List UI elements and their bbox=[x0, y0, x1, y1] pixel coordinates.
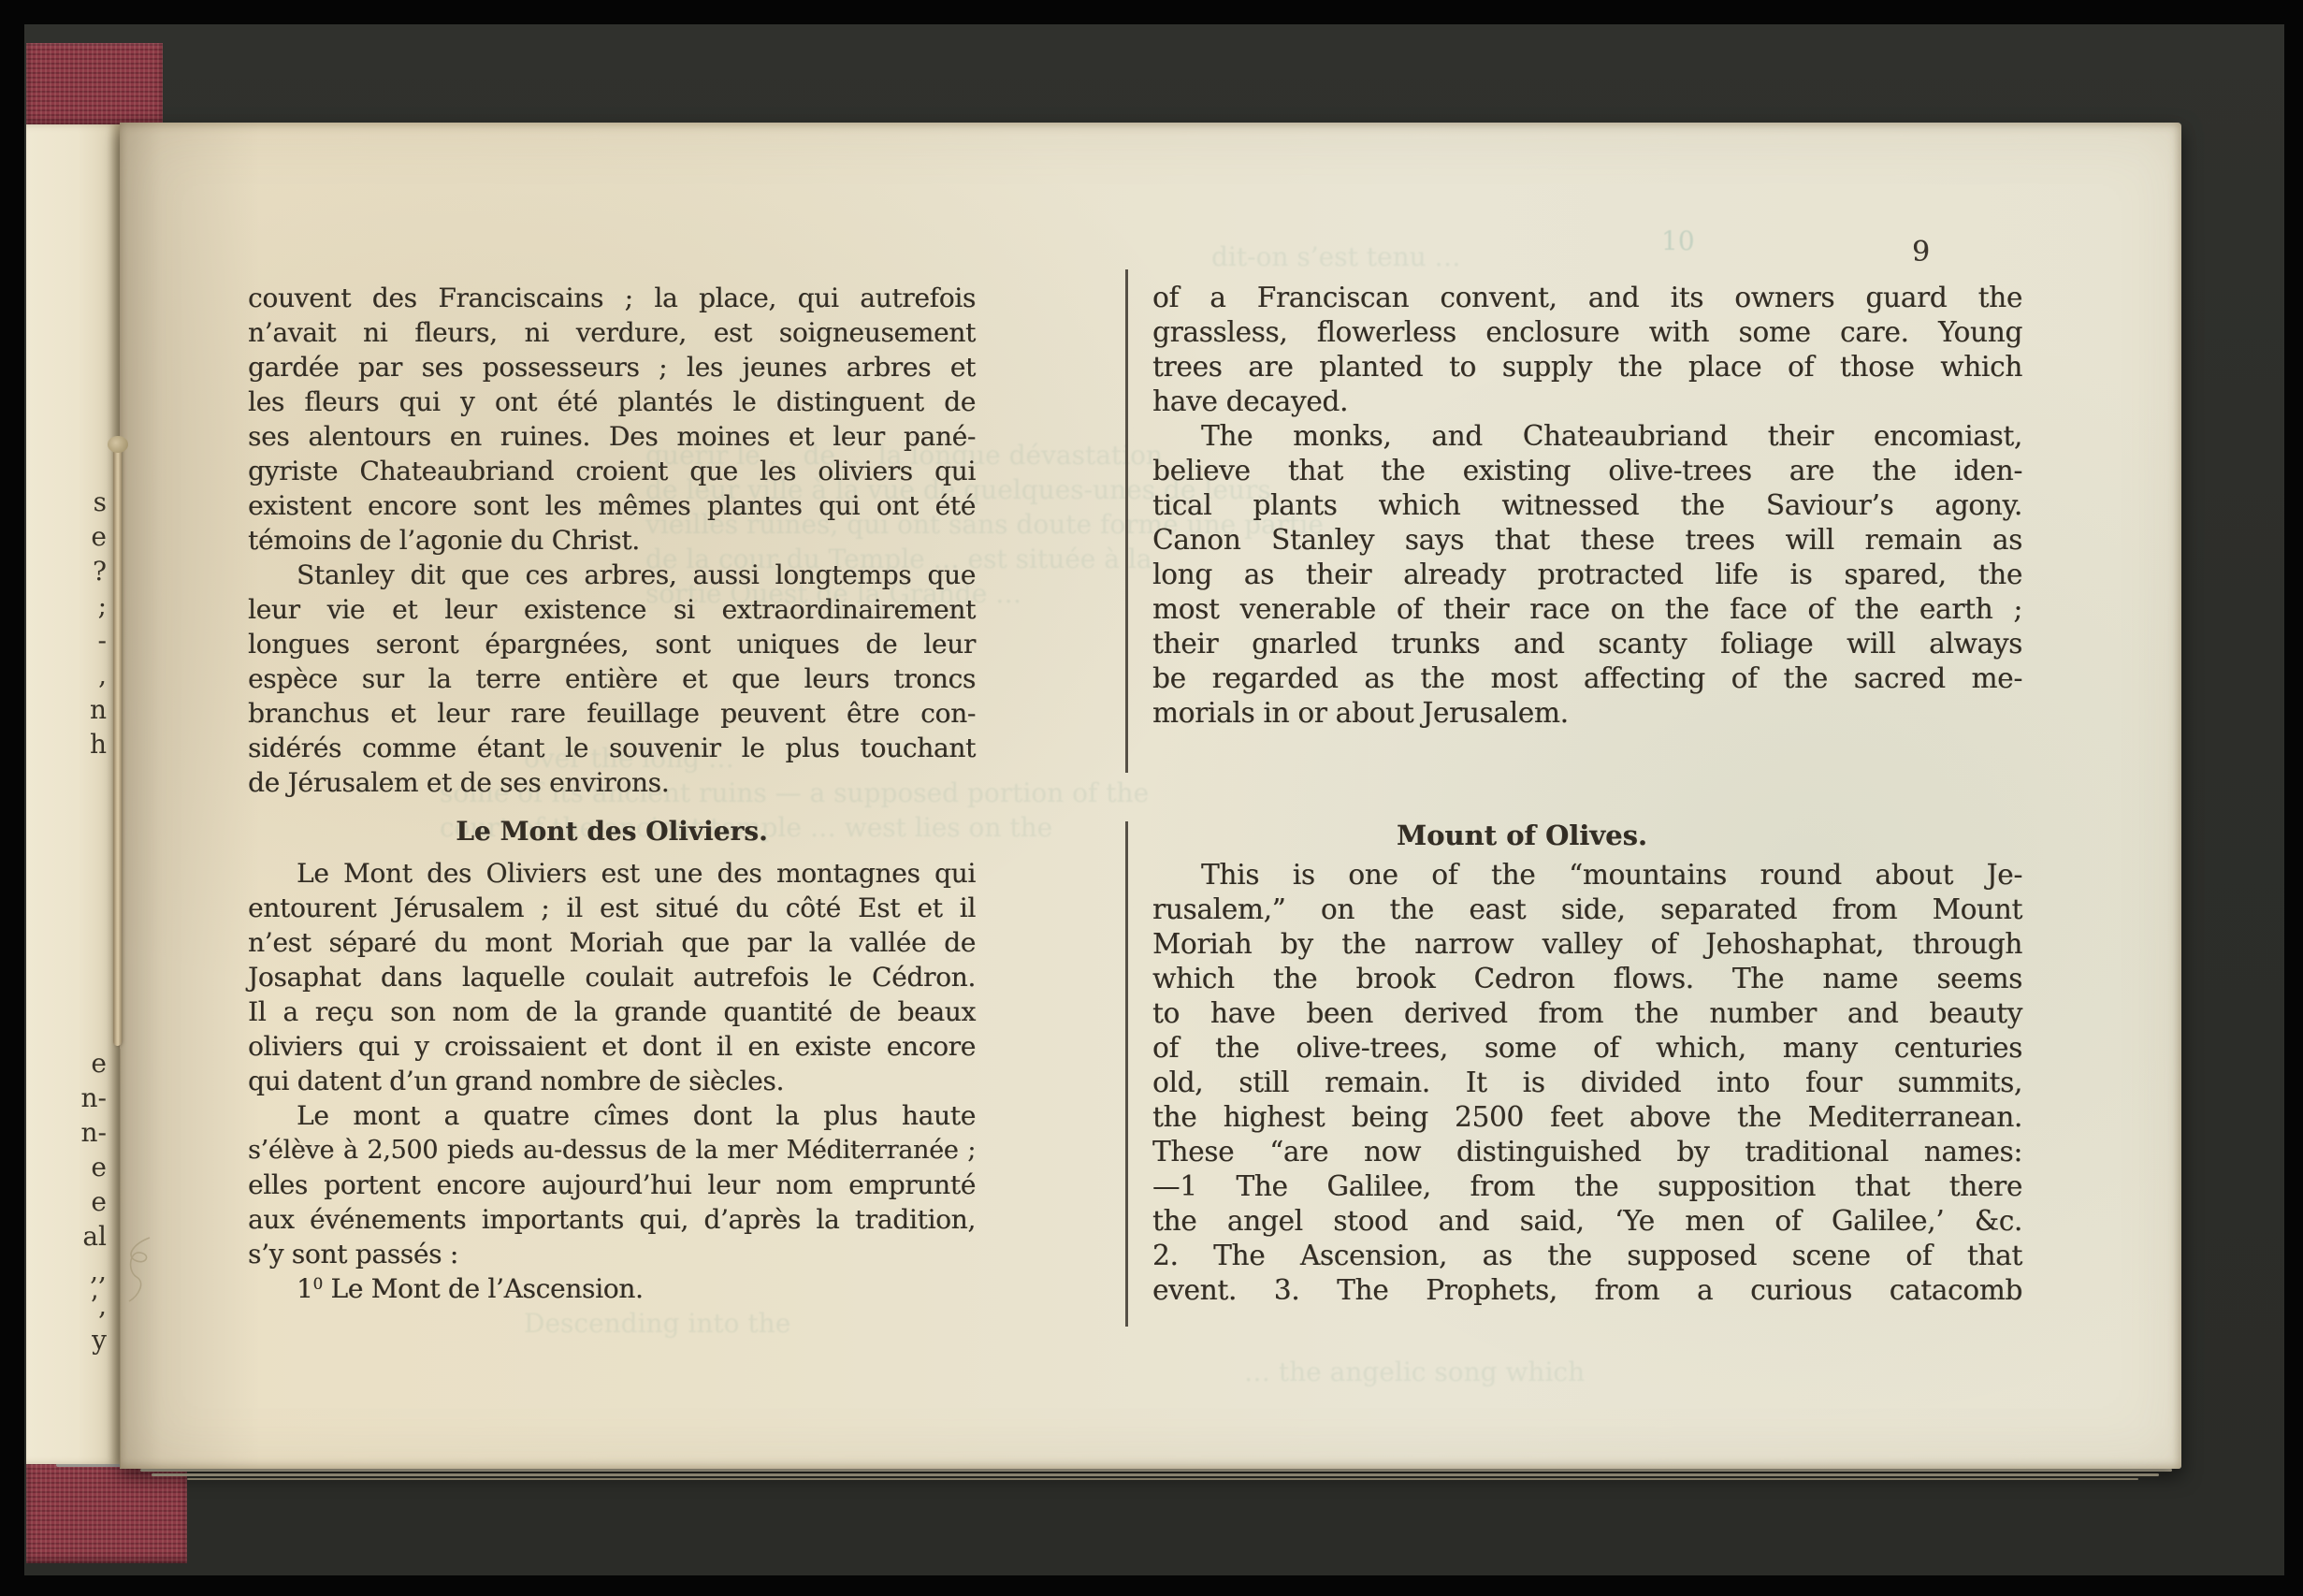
cut-off-letter: ’, bbox=[90, 1288, 107, 1323]
text-line: branchus et leur rare feuillage peuvent … bbox=[248, 696, 976, 731]
column-divider-rule bbox=[1125, 269, 1128, 773]
page-stack-edge bbox=[140, 1469, 2172, 1472]
cut-off-letter: ? bbox=[93, 554, 107, 588]
text-line: Canon Stanley says that these trees will… bbox=[1152, 523, 2022, 558]
text-line: aux événements importants qui, d’après l… bbox=[248, 1202, 976, 1237]
text-line: longues seront épargnées, sont uniques d… bbox=[248, 627, 976, 661]
text-line: ses alentours en ruines. Des moines et l… bbox=[248, 419, 976, 454]
pencil-squiggle-mark bbox=[122, 1234, 163, 1305]
cut-off-letter: e bbox=[91, 1046, 107, 1081]
cut-off-letter: ,, bbox=[90, 1254, 107, 1288]
cut-off-letter: ; bbox=[98, 588, 107, 623]
text-line: couvent des Franciscains ; la place, qui… bbox=[248, 281, 976, 315]
text-line: gyriste Chateaubriand croient que les ol… bbox=[248, 454, 976, 488]
cut-off-letter: e bbox=[91, 519, 107, 554]
text-line: entourent Jérusalem ; il est situé du cô… bbox=[248, 891, 976, 925]
text-line: believe that the existing olive-trees ar… bbox=[1152, 454, 2022, 488]
underlying-page-gutter-strip: se?;-,nhen-n-eeal,,’,y bbox=[26, 124, 120, 1464]
book-page: dit-on s’est tenu …guérir le … de … la l… bbox=[120, 123, 2181, 1469]
page-number: 9 bbox=[1912, 235, 1930, 269]
text-line: which the brook Cedron flows. The name s… bbox=[1152, 962, 2022, 996]
text-line: the highest being 2500 feet above the Me… bbox=[1152, 1100, 2022, 1135]
text-line: 2. The Ascension, as the supposed scene … bbox=[1152, 1239, 2022, 1273]
cut-off-letter: - bbox=[98, 623, 107, 658]
column-divider-rule bbox=[1125, 821, 1128, 1327]
text-line: n’avait ni fleurs, ni verdure, est soign… bbox=[248, 315, 976, 350]
text-line: of the olive-trees, some of which, many … bbox=[1152, 1031, 2022, 1066]
text-line: rusalem,” on the east side, separated fr… bbox=[1152, 892, 2022, 927]
bleedthrough-text: dit-on s’est tenu … bbox=[1211, 239, 1461, 274]
text-line: the angel stood and said, ‘Ye men of Gal… bbox=[1152, 1204, 2022, 1239]
text-line: —1 The Galilee, from the supposition tha… bbox=[1152, 1169, 2022, 1204]
cut-off-letter: , bbox=[98, 658, 107, 692]
page-stack-edge bbox=[152, 1473, 2159, 1476]
bleedthrough-text: … the angelic song which bbox=[1244, 1355, 1585, 1389]
text-line: This is one of the “mountains round abou… bbox=[1152, 858, 2022, 892]
text-line: have decayed. bbox=[1152, 384, 2022, 419]
cut-off-letter: n- bbox=[81, 1081, 108, 1115]
text-line: Il a reçu son nom de la grande quantité … bbox=[248, 994, 976, 1029]
bleedthrough-text: Descending into the bbox=[524, 1306, 790, 1341]
section-heading: Mount of Olives. bbox=[1087, 819, 1957, 853]
text-line: les fleurs qui y ont été plantés le dist… bbox=[248, 384, 976, 419]
cut-off-letter: e bbox=[91, 1150, 107, 1184]
text-line: sidérés comme étant le souvenir le plus … bbox=[248, 731, 976, 765]
text-line: grassless, flowerless enclosure with som… bbox=[1152, 315, 2022, 350]
text-line: de Jérusalem et de ses environs. bbox=[248, 765, 976, 800]
section-heading: Le Mont des Oliviers. bbox=[248, 814, 976, 849]
text-line: qui datent d’un grand nombre de siècles. bbox=[248, 1064, 976, 1098]
text-line: témoins de l’agonie du Christ. bbox=[248, 523, 976, 558]
left-column-french-text: couvent des Franciscains ; la place, qui… bbox=[248, 281, 976, 1306]
text-line: of a Franciscan convent, and its owners … bbox=[1152, 281, 2022, 315]
cut-off-letter: al bbox=[82, 1219, 107, 1254]
book-cover-cloth-top bbox=[26, 43, 163, 125]
text-line: Moriah by the narrow valley of Jehoshaph… bbox=[1152, 927, 2022, 962]
text-line: existent encore sont les mêmes plantes q… bbox=[248, 488, 976, 523]
cut-off-letter: h bbox=[90, 727, 107, 762]
book-cover-cloth-bottom bbox=[26, 1462, 187, 1563]
text-line: Le Mont des Oliviers est une des montagn… bbox=[248, 856, 976, 891]
text-line: s’y sont passés : bbox=[248, 1237, 976, 1271]
text-line: event. 3. The Prophets, from a curious c… bbox=[1152, 1273, 2022, 1308]
text-line: morials in or about Jerusalem. bbox=[1152, 696, 2022, 731]
text-line: gardée par ses possesseurs ; les jeunes … bbox=[248, 350, 976, 384]
text-line: Josaphat dans laquelle coulait autrefois… bbox=[248, 960, 976, 994]
text-line: most venerable of their race on the face… bbox=[1152, 592, 2022, 627]
text-line: tical plants which witnessed the Saviour… bbox=[1152, 488, 2022, 523]
page-stack-edge bbox=[187, 1478, 2138, 1480]
binding-thread bbox=[113, 445, 122, 1046]
text-line: leur vie et leur existence si extraordin… bbox=[248, 592, 976, 627]
cut-off-letter: s bbox=[94, 485, 107, 519]
text-line: long as their already protracted life is… bbox=[1152, 558, 2022, 592]
text-line: n’est séparé du mont Moriah que par la v… bbox=[248, 925, 976, 960]
cut-off-letter: y bbox=[92, 1323, 107, 1357]
cut-off-letter: n- bbox=[81, 1115, 108, 1150]
cut-off-letter: n bbox=[90, 692, 107, 727]
text-line: Le mont a quatre cîmes dont la plus haut… bbox=[248, 1098, 976, 1133]
cut-off-letter: e bbox=[91, 1184, 107, 1219]
right-column-english-text: of a Franciscan convent, and its owners … bbox=[1152, 281, 2022, 1308]
text-line: Stanley dit que ces arbres, aussi longte… bbox=[248, 558, 976, 592]
text-line: to have been derived from the number and… bbox=[1152, 996, 2022, 1031]
text-line: 10 Le Mont de l’Ascension. bbox=[248, 1271, 976, 1306]
scanned-book-photo: se?;-,nhen-n-eeal,,’,y dit-on s’est tenu… bbox=[0, 0, 2303, 1596]
text-line: These “are now distinguished by traditio… bbox=[1152, 1135, 2022, 1169]
text-line: trees are planted to supply the place of… bbox=[1152, 350, 2022, 384]
text-line: espèce sur la terre entière et que leurs… bbox=[248, 661, 976, 696]
binding-thread-knot bbox=[108, 436, 128, 453]
text-line: old, still remain. It is divided into fo… bbox=[1152, 1066, 2022, 1100]
text-line: oliviers qui y croissaient et dont il en… bbox=[248, 1029, 976, 1064]
text-line: be regarded as the most affecting of the… bbox=[1152, 661, 2022, 696]
text-line: elles portent encore aujourd’hui leur no… bbox=[248, 1168, 976, 1202]
text-line: their gnarled trunks and scanty foliage … bbox=[1152, 627, 2022, 661]
text-line: s’élève à 2,500 pieds au-dessus de la me… bbox=[248, 1133, 976, 1168]
text-line: The monks, and Chateaubriand their encom… bbox=[1152, 419, 2022, 454]
page-fold-crease bbox=[120, 1049, 121, 1468]
bleedthrough-page-number: 10 bbox=[1661, 224, 1695, 258]
